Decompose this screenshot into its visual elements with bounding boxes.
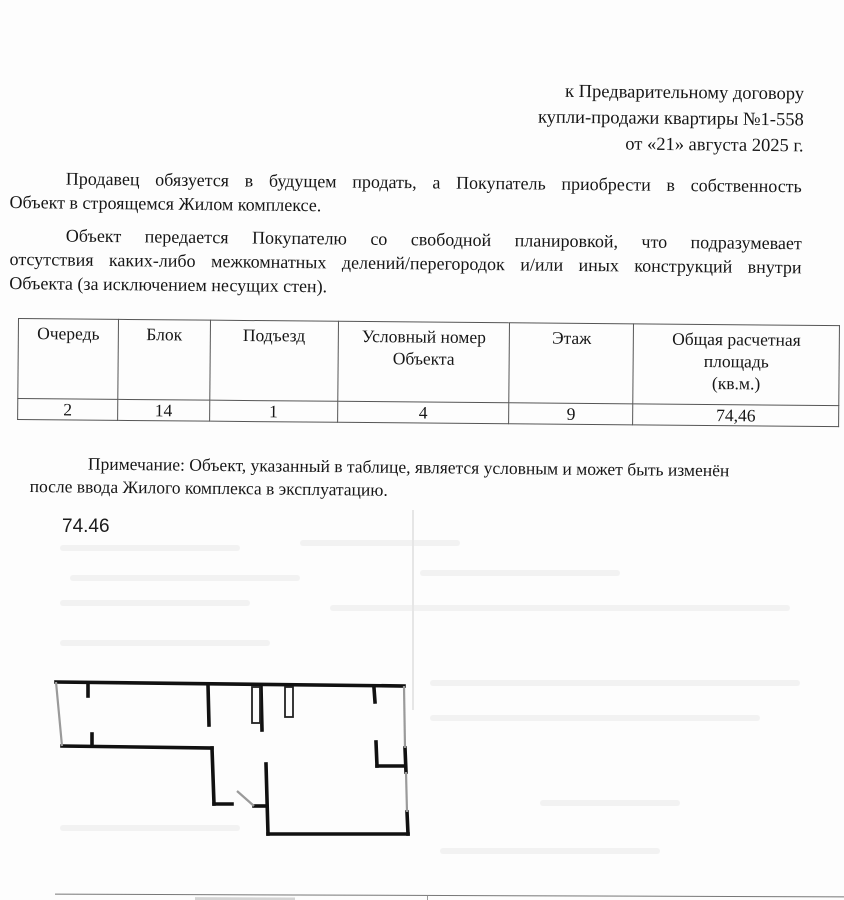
partition-top — [208, 685, 209, 725]
bleed-through-mark — [540, 800, 680, 806]
door-swing — [237, 791, 254, 806]
vent-shaft — [285, 687, 293, 717]
document-page: к Предварительному договору купли-продаж… — [0, 0, 844, 900]
annex-line-2: купли-продажи квартиры №1-558 — [538, 105, 804, 134]
bleed-through-mark — [300, 540, 460, 546]
bleed-through-mark — [60, 600, 250, 606]
cell-block: 14 — [118, 399, 210, 421]
wall-left-wing-bottom — [62, 746, 212, 748]
wall-right-mid — [405, 748, 406, 772]
header-entrance: Подъезд — [210, 320, 339, 401]
cell-object-number: 4 — [337, 401, 509, 423]
header-queue: Очередь — [18, 319, 119, 400]
floor-plan-area-label: 74.46 — [62, 516, 110, 538]
header-block: Блок — [118, 319, 211, 400]
bleed-through-mark — [70, 575, 300, 581]
partition-shaft — [261, 686, 262, 730]
bleed-through-mark — [430, 715, 760, 721]
table-note: Примечание: Объект, указанный в таблице,… — [30, 452, 800, 506]
wall-corridor-right — [266, 764, 268, 834]
wall-stub — [374, 688, 375, 702]
header-total-area: Общая расчетнаяплощадь(кв.м.) — [633, 324, 839, 406]
vent-shaft — [252, 687, 260, 723]
cell-total-area: 74,46 — [633, 404, 839, 427]
floor-plan-diagram — [40, 660, 430, 840]
cell-floor: 9 — [509, 403, 633, 425]
window-right-upper — [404, 686, 405, 748]
window-left — [56, 682, 62, 746]
bleed-through-mark — [430, 680, 800, 686]
header-object-number: Условный номерОбъекта — [337, 321, 509, 402]
bleed-through-mark — [60, 640, 270, 646]
window-right-lower — [406, 772, 407, 812]
cell-entrance: 1 — [209, 400, 337, 422]
wall-corridor-left — [212, 748, 214, 804]
paragraph-free-layout: Объект передается Покупателю со свободно… — [9, 223, 802, 303]
table-divider — [427, 896, 428, 900]
annex-line-3: от «21» августа 2025 г. — [538, 131, 804, 160]
annex-line-1: к Предварительному договору — [538, 79, 804, 108]
bleed-through-mark — [420, 570, 620, 576]
wall-niche-vertical — [376, 742, 377, 766]
object-details-table: Очередь Блок Подъезд Условный номерОбъек… — [17, 318, 840, 427]
next-table-top-edge — [55, 894, 844, 900]
table-header-row: Очередь Блок Подъезд Условный номерОбъек… — [18, 319, 840, 406]
bleed-through-mark — [60, 545, 240, 551]
wall-right-lower — [407, 812, 408, 834]
bleed-through-mark — [330, 605, 790, 611]
wall-top — [56, 682, 404, 686]
bleed-through-mark — [440, 848, 660, 854]
paragraph-sale-obligation: Продавец обязуется в будущем продать, а … — [9, 166, 801, 222]
contract-annex-header: к Предварительному договору купли-продаж… — [538, 79, 805, 160]
cell-queue: 2 — [18, 399, 118, 421]
header-floor: Этаж — [509, 323, 634, 404]
